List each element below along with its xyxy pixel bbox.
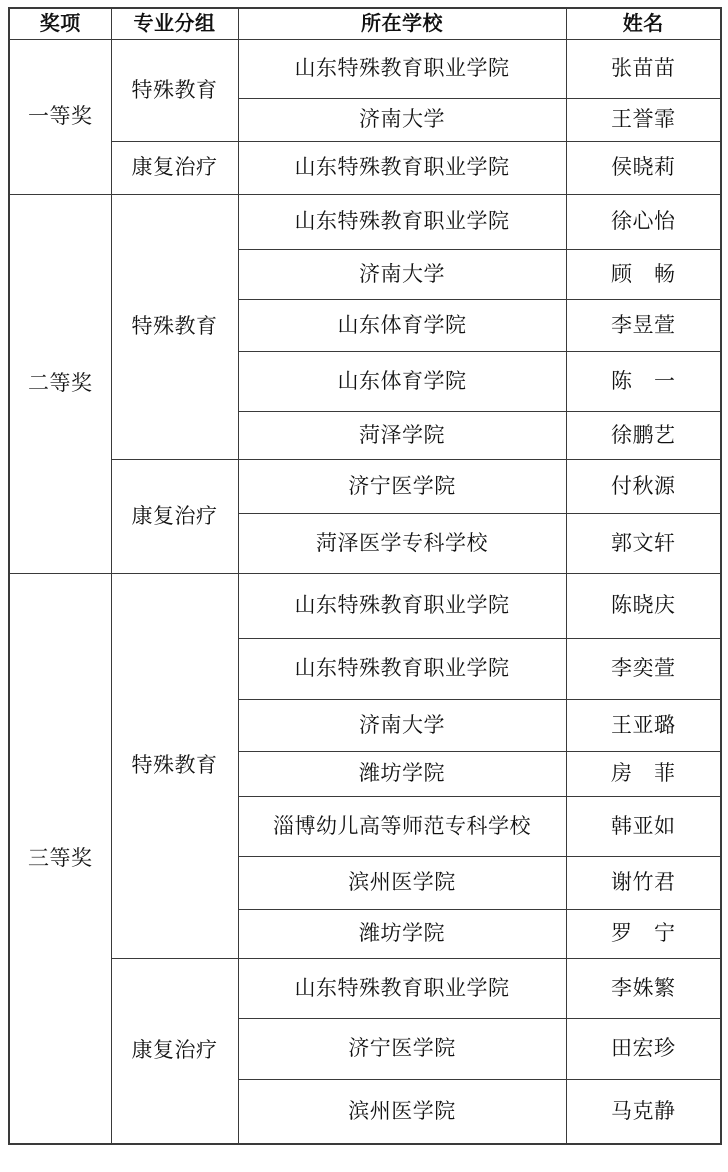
name-cell: 陈 一 <box>566 352 721 412</box>
group-cell: 康复治疗 <box>111 142 238 195</box>
group-cell: 特殊教育 <box>111 195 238 460</box>
table-row: 二等奖 特殊教育 山东特殊教育职业学院 徐心怡 <box>9 195 721 250</box>
school-cell: 山东特殊教育职业学院 <box>238 195 566 250</box>
award-cell: 三等奖 <box>9 574 111 1144</box>
award-cell: 二等奖 <box>9 195 111 574</box>
column-header-name: 姓名 <box>566 8 721 40</box>
table-row: 康复治疗 山东特殊教育职业学院 侯晓莉 <box>9 142 721 195</box>
name-cell: 郭文轩 <box>566 514 721 574</box>
column-header-school: 所在学校 <box>238 8 566 40</box>
name-cell: 李姝繁 <box>566 959 721 1019</box>
name-cell: 侯晓莉 <box>566 142 721 195</box>
column-header-award: 奖项 <box>9 8 111 40</box>
school-cell: 山东特殊教育职业学院 <box>238 142 566 195</box>
school-cell: 山东特殊教育职业学院 <box>238 40 566 99</box>
school-cell: 济南大学 <box>238 700 566 752</box>
school-cell: 济宁医学院 <box>238 1019 566 1080</box>
school-cell: 菏泽医学专科学校 <box>238 514 566 574</box>
name-cell: 付秋源 <box>566 460 721 514</box>
name-cell: 徐鹏艺 <box>566 412 721 460</box>
table-row: 一等奖 特殊教育 山东特殊教育职业学院 张苗苗 <box>9 40 721 99</box>
name-cell: 陈晓庆 <box>566 574 721 639</box>
school-cell: 济南大学 <box>238 99 566 142</box>
table-row: 康复治疗 济宁医学院 付秋源 <box>9 460 721 514</box>
name-cell: 李昱萱 <box>566 300 721 352</box>
school-cell: 山东特殊教育职业学院 <box>238 574 566 639</box>
name-cell: 罗 宁 <box>566 910 721 959</box>
name-cell: 顾 畅 <box>566 250 721 300</box>
school-cell: 济南大学 <box>238 250 566 300</box>
name-cell: 王亚璐 <box>566 700 721 752</box>
school-cell: 滨州医学院 <box>238 857 566 910</box>
name-cell: 徐心怡 <box>566 195 721 250</box>
column-header-group: 专业分组 <box>111 8 238 40</box>
table-row: 三等奖 特殊教育 山东特殊教育职业学院 陈晓庆 <box>9 574 721 639</box>
school-cell: 潍坊学院 <box>238 910 566 959</box>
school-cell: 山东体育学院 <box>238 352 566 412</box>
group-cell: 特殊教育 <box>111 574 238 959</box>
school-cell: 济宁医学院 <box>238 460 566 514</box>
school-cell: 潍坊学院 <box>238 752 566 797</box>
group-cell: 康复治疗 <box>111 959 238 1144</box>
name-cell: 李奕萱 <box>566 639 721 700</box>
school-cell: 山东特殊教育职业学院 <box>238 959 566 1019</box>
school-cell: 滨州医学院 <box>238 1080 566 1144</box>
name-cell: 马克静 <box>566 1080 721 1144</box>
table-row: 康复治疗 山东特殊教育职业学院 李姝繁 <box>9 959 721 1019</box>
awards-table: 奖项 专业分组 所在学校 姓名 一等奖 特殊教育 山东特殊教育职业学院 张苗苗 … <box>8 7 722 1145</box>
name-cell: 田宏珍 <box>566 1019 721 1080</box>
name-cell: 韩亚如 <box>566 797 721 857</box>
name-cell: 张苗苗 <box>566 40 721 99</box>
group-cell: 特殊教育 <box>111 40 238 142</box>
header-row: 奖项 专业分组 所在学校 姓名 <box>9 8 721 40</box>
school-cell: 淄博幼儿高等师范专科学校 <box>238 797 566 857</box>
name-cell: 王誉霏 <box>566 99 721 142</box>
name-cell: 房 菲 <box>566 752 721 797</box>
school-cell: 山东特殊教育职业学院 <box>238 639 566 700</box>
school-cell: 菏泽学院 <box>238 412 566 460</box>
name-cell: 谢竹君 <box>566 857 721 910</box>
group-cell: 康复治疗 <box>111 460 238 574</box>
award-cell: 一等奖 <box>9 40 111 195</box>
school-cell: 山东体育学院 <box>238 300 566 352</box>
page: 奖项 专业分组 所在学校 姓名 一等奖 特殊教育 山东特殊教育职业学院 张苗苗 … <box>0 0 728 1145</box>
